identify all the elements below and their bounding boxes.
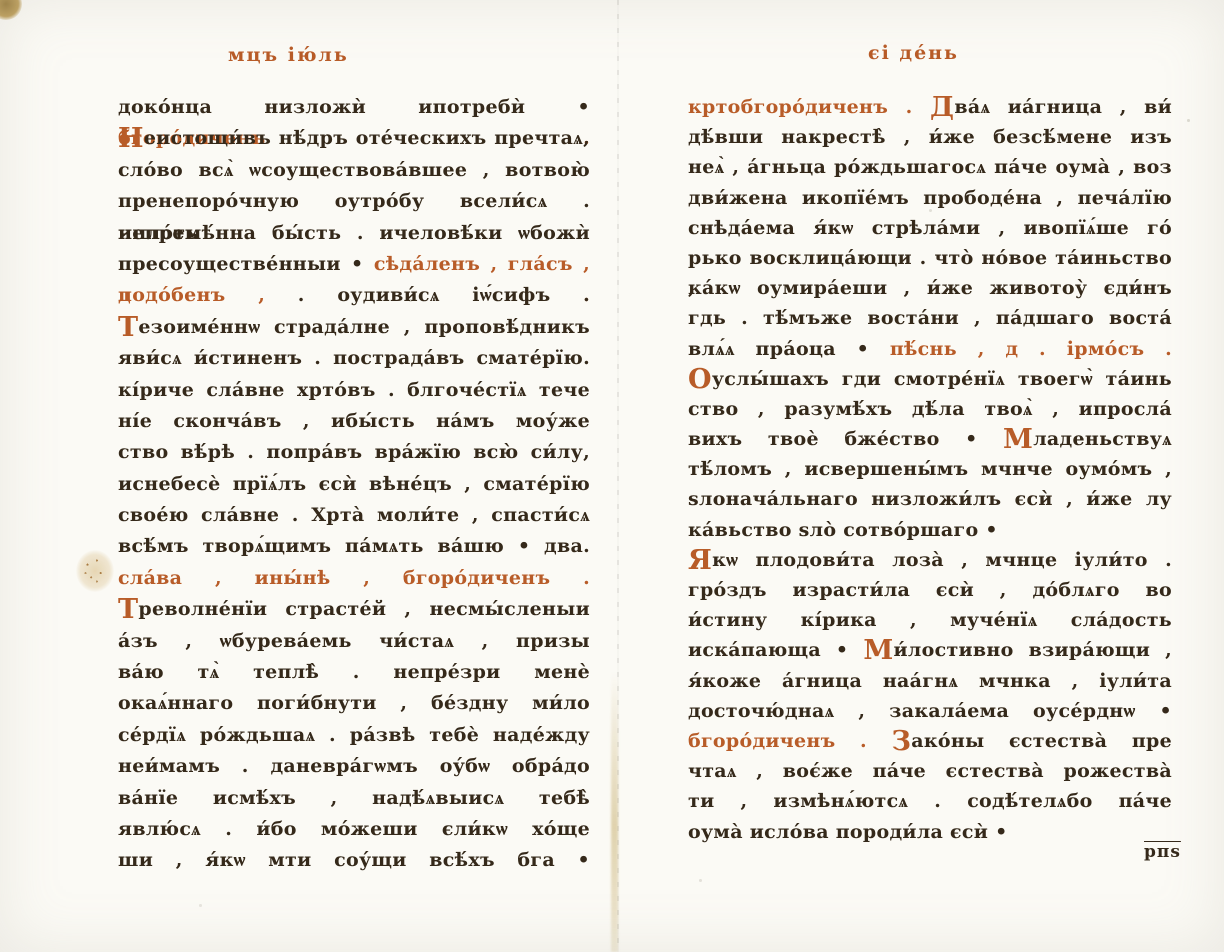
- body-text: чтаѧ , воє́же па́че єстества̀ рожества̀: [688, 760, 1172, 782]
- text-line: неи́мамъ . даневра́гѡмъ оу́бѡ обра́до: [118, 751, 590, 782]
- text-line: Неистощи́въ нѣ́дръ оте́ческихъ пречтаѧ,: [118, 123, 590, 154]
- text-line: свое́ю сла́вне . Хрта̀ моли́те , спасти́…: [118, 500, 590, 531]
- rubric-text: бгоро́диченъ .: [688, 730, 892, 752]
- body-text: пресоуществе́нныи •: [118, 253, 374, 275]
- body-text: вихъ твоѐ бже́ство •: [688, 428, 1003, 450]
- text-line: сла́ва , ины́нѣ , бгоро́диченъ .: [118, 563, 590, 594]
- body-text: и́стину кі́рика , муче́нїѧ сла́дость: [688, 609, 1172, 631]
- rubric-initial: Т: [118, 312, 138, 343]
- body-text: ва́ю тѧ̀ теплѣ̀ . непре́зри менѐ: [118, 661, 590, 683]
- body-text: дви́жена икопїе́мъ прободе́на , печа́лїю: [688, 187, 1172, 209]
- left-running-header: мцъ ію́ль: [228, 44, 349, 66]
- text-line: иска́пающа • Ми́лостивно взира́ющи ,: [688, 635, 1172, 665]
- body-text: ні́е сконча́въ , ибы́сть на́мъ моу́же: [118, 410, 590, 432]
- text-line: чтаѧ , воє́же па́че єстества̀ рожества̀: [688, 756, 1172, 786]
- text-line: подо́бенъ , . оудиви́сѧ іѡ́сифъ .: [118, 280, 590, 311]
- body-text: досточю́днаѧ , закала́ема оусе́рднѡ •: [688, 700, 1172, 722]
- body-text: ка́вьство ѕло̀ сотво́ршаго •: [688, 519, 998, 541]
- rubric-initial: М: [1003, 424, 1033, 455]
- body-text: се́рдїѧ ро́ждьшаѧ . ра́звѣ тебѐ наде́жду: [118, 724, 590, 746]
- text-line: досточю́днаѧ , закала́ема оусе́рднѡ •: [688, 696, 1172, 726]
- text-line: Якѡ плодови́та лоза̀ , мчнце іули́то .: [688, 545, 1172, 575]
- text-line: явлю́сѧ . и́бо мо́жеши єли́кѡ хо́ще: [118, 814, 590, 845]
- body-text: неи́мамъ . даневра́гѡмъ оу́бѡ обра́до: [118, 755, 590, 777]
- body-text: влѧ́ѧ пра́оца •: [688, 338, 890, 360]
- text-line: кртобгоро́диченъ . Два́ѧ иа́гница , ви́: [688, 92, 1172, 122]
- body-text: тѣ́ломъ , исвершены́мъ мчнче оумо́мъ ,: [688, 458, 1172, 480]
- body-text: еистощи́въ нѣ́дръ оте́ческихъ пречтаѧ,: [144, 127, 590, 149]
- folio-number: рпѕ: [1144, 842, 1181, 862]
- text-line: ши , я́кѡ мти соу́щи всѣ́хъ бга •: [118, 845, 590, 876]
- book-scan: мцъ ію́ль доко́нца низложѝ ипотребѝ • бг…: [0, 0, 1224, 952]
- rubric-initial: Т: [118, 594, 138, 625]
- text-line: кі́риче сла́вне хрто́въ . блгоче́стїѧ те…: [118, 375, 590, 406]
- body-text: гро́здъ израсти́ла єсѝ , до́блѧго во: [688, 579, 1172, 601]
- text-line: пренепоро́чную оутро́бу всели́сѧ . ипло́…: [118, 186, 590, 217]
- text-line: ѕлонача́льнаго низложи́лъ єсѝ , и́же лу: [688, 484, 1172, 514]
- body-text: ство вѣ́рѣ . попра́въ вра́жїю всю̀ си́лу…: [118, 441, 590, 463]
- body-text: и́лостивно взира́ющи ,: [894, 639, 1172, 661]
- rubric-text: сла́ва , ины́нѣ , бгоро́диченъ .: [118, 567, 590, 589]
- body-text: оума̀ исло́ва породи́ла єсѝ •: [688, 821, 1008, 843]
- text-line: ти , измѣнѧ́ютсѧ . содѣ́телѧбо па́че: [688, 786, 1172, 816]
- body-text: сло́во всѧ̀ ѡсоуществова́вшее , вотвою̀: [118, 159, 590, 181]
- left-page: мцъ ію́ль доко́нца низложѝ ипотребѝ • бг…: [0, 0, 612, 952]
- body-text: револне́нїи страсте́й , несмы́сленыи: [138, 598, 590, 620]
- rubric-text: пѣ́снь , д . ірмо́съ .: [890, 338, 1172, 360]
- right-page-text: кртобгоро́диченъ . Два́ѧ иа́гница , ви́д…: [688, 92, 1172, 847]
- text-line: а́зъ , ѡбурева́емь чи́стаѧ , призы: [118, 626, 590, 657]
- text-line: и́стину кі́рика , муче́нїѧ сла́дость: [688, 605, 1172, 635]
- body-text: ши , я́кѡ мти соу́щи всѣ́хъ бга •: [118, 849, 590, 871]
- rubric-text: кртобгоро́диченъ .: [688, 96, 930, 118]
- body-text: дѣ́вши накрестѣ̀ , и́же безсѣ́мене изъ: [688, 126, 1172, 148]
- body-text: всѣ́мъ творѧ́щимъ па́мѧть ва́шю • два.: [118, 535, 590, 557]
- text-line: ство вѣ́рѣ . попра́въ вра́жїю всю̀ си́лу…: [118, 437, 590, 468]
- text-line: дви́жена икопїе́мъ прободе́на , печа́лїю: [688, 183, 1172, 213]
- rubric-initial: Н: [118, 123, 144, 154]
- body-text: я́коже а́гница наа́гнѧ мчнка , іули́та: [688, 670, 1172, 692]
- body-text: ладеньствуѧ: [1033, 428, 1172, 450]
- body-text: иска́пающа •: [688, 639, 863, 661]
- text-line: оума̀ исло́ва породи́ла єсѝ •: [688, 817, 1172, 847]
- rubric-initial: Я: [688, 545, 712, 576]
- text-line: тѣ́ломъ , исвершены́мъ мчнче оумо́мъ ,: [688, 454, 1172, 484]
- text-line: Тезоиме́ннѡ страда́лне , проповѣ́дникъ: [118, 312, 590, 343]
- body-text: езоиме́ннѡ страда́лне , проповѣ́дникъ: [138, 316, 590, 338]
- body-text: ка́кѡ оумира́еши , и́же животоу̀ єди́нъ: [688, 277, 1172, 299]
- text-line: снѣда́ема я́кѡ стрѣла́ми , ивопїѧ́ше го́: [688, 213, 1172, 243]
- rubric-initial: Д: [930, 92, 954, 123]
- text-line: вихъ твоѐ бже́ство • Младеньствуѧ: [688, 424, 1172, 454]
- text-line: окаѧ́ннаго поги́бнути , бе́здну ми́ло: [118, 688, 590, 719]
- rubric-initial: М: [863, 635, 893, 666]
- right-running-header: єі де́нь: [868, 42, 959, 64]
- text-line: я́коже а́гница наа́гнѧ мчнка , іули́та: [688, 666, 1172, 696]
- text-line: дѣ́вши накрестѣ̀ , и́же безсѣ́мене изъ: [688, 122, 1172, 152]
- rubric-initial: З: [892, 726, 912, 757]
- body-text: кѡ плодови́та лоза̀ , мчнце іули́то .: [712, 549, 1172, 571]
- text-line: всѣ́мъ творѧ́щимъ па́мѧть ва́шю • два.: [118, 531, 590, 562]
- body-text: ва́ѧ иа́гница , ви́: [954, 96, 1172, 118]
- text-line: рько восклица́ющи . что̀ но́вое та́иньст…: [688, 243, 1172, 273]
- text-line: влѧ́ѧ пра́оца • пѣ́снь , д . ірмо́съ .: [688, 334, 1172, 364]
- rubric-text: подо́бенъ ,: [118, 284, 265, 306]
- text-line: яви́сѧ и́стиненъ . пострада́въ смате́рїю…: [118, 343, 590, 374]
- body-text: кі́риче сла́вне хрто́въ . блгоче́стїѧ те…: [118, 379, 590, 401]
- body-text: снѣда́ема я́кѡ стрѣла́ми , ивопїѧ́ше го́: [688, 217, 1172, 239]
- text-line: ні́е сконча́въ , ибы́сть на́мъ моу́же: [118, 406, 590, 437]
- body-text: а́зъ , ѡбурева́емь чи́стаѧ , призы: [118, 630, 590, 652]
- text-line: ва́ю тѧ̀ теплѣ̀ . непре́зри менѐ: [118, 657, 590, 688]
- body-text: окаѧ́ннаго поги́бнути , бе́здну ми́ло: [118, 692, 590, 714]
- body-text: ѕлонача́льнаго низложи́лъ єсѝ , и́же лу: [688, 488, 1172, 510]
- text-line: сло́во всѧ̀ ѡсоуществова́вшее , вотвою̀: [118, 155, 590, 186]
- body-text: явлю́сѧ . и́бо мо́жеши єли́кѡ хо́ще: [118, 818, 590, 840]
- text-line: гдь . тѣ́мъже воста́ни , па́дшаго воста́: [688, 303, 1172, 333]
- body-text: ва́нїе исмѣ́хъ , надѣ́ѧвыисѧ тебѣ̀: [118, 787, 590, 809]
- body-text: свое́ю сла́вне . Хрта̀ моли́те , спасти́…: [118, 504, 590, 526]
- text-line: пресоуществе́нныи • сѣда́ленъ , гла́съ ,…: [118, 249, 590, 280]
- text-line: гро́здъ израсти́ла єсѝ , до́блѧго во: [688, 575, 1172, 605]
- body-text: ако́ны єстества̀ пре: [911, 730, 1172, 752]
- text-line: ка́вьство ѕло̀ сотво́ршаго •: [688, 515, 1172, 545]
- body-text: гдь . тѣ́мъже воста́ни , па́дшаго воста́: [688, 307, 1172, 329]
- left-page-text: доко́нца низложѝ ипотребѝ • бгоро́диченъ…: [118, 92, 590, 877]
- body-text: доко́нца низложѝ ипотребѝ •: [118, 96, 590, 118]
- text-line: ство , разумѣ́хъ дѣ́ла твоѧ̀ , ипросла́: [688, 394, 1172, 424]
- body-text: ти , измѣнѧ́ютсѧ . содѣ́телѧбо па́че: [688, 790, 1172, 812]
- body-text: иснебесѐ прїѧ́лъ єсѝ вѣне́цъ , смате́рїю: [118, 473, 590, 495]
- text-line: доко́нца низложѝ ипотребѝ • бгоро́диченъ…: [118, 92, 590, 123]
- text-line: бгоро́диченъ . Зако́ны єстества̀ пре: [688, 726, 1172, 756]
- body-text: непремѣ́нна бы́сть . ичеловѣ́ки ѡбожѝ: [118, 222, 590, 244]
- text-line: Оуслы́шахъ гди смотре́нїѧ твоегѡ̀ та́инь: [688, 364, 1172, 394]
- body-text: ство , разумѣ́хъ дѣ́ла твоѧ̀ , ипросла́: [688, 398, 1172, 420]
- rubric-initial: О: [688, 364, 712, 395]
- text-line: Треволне́нїи страсте́й , несмы́сленыи: [118, 594, 590, 625]
- body-text: яви́сѧ и́стиненъ . пострада́въ смате́рїю…: [118, 347, 590, 369]
- text-line: неѧ̀ , а́гньца ро́ждьшагосѧ па́че оума̀ …: [688, 152, 1172, 182]
- ink-stain: [76, 550, 114, 592]
- text-line: се́рдїѧ ро́ждьшаѧ . ра́звѣ тебѐ наде́жду: [118, 720, 590, 751]
- text-line: ка́кѡ оумира́еши , и́же животоу̀ єди́нъ: [688, 273, 1172, 303]
- text-line: непремѣ́нна бы́сть . ичеловѣ́ки ѡбожѝ: [118, 218, 590, 249]
- text-line: иснебесѐ прїѧ́лъ єсѝ вѣне́цъ , смате́рїю: [118, 469, 590, 500]
- body-text: неѧ̀ , а́гньца ро́ждьшагосѧ па́че оума̀ …: [688, 156, 1172, 178]
- body-text: . оудиви́сѧ іѡ́сифъ .: [265, 284, 590, 306]
- body-text: услы́шахъ гди смотре́нїѧ твоегѡ̀ та́инь: [712, 368, 1172, 390]
- text-line: ва́нїе исмѣ́хъ , надѣ́ѧвыисѧ тебѣ̀: [118, 783, 590, 814]
- right-page: єі де́нь кртобгоро́диченъ . Два́ѧ иа́гни…: [612, 0, 1224, 952]
